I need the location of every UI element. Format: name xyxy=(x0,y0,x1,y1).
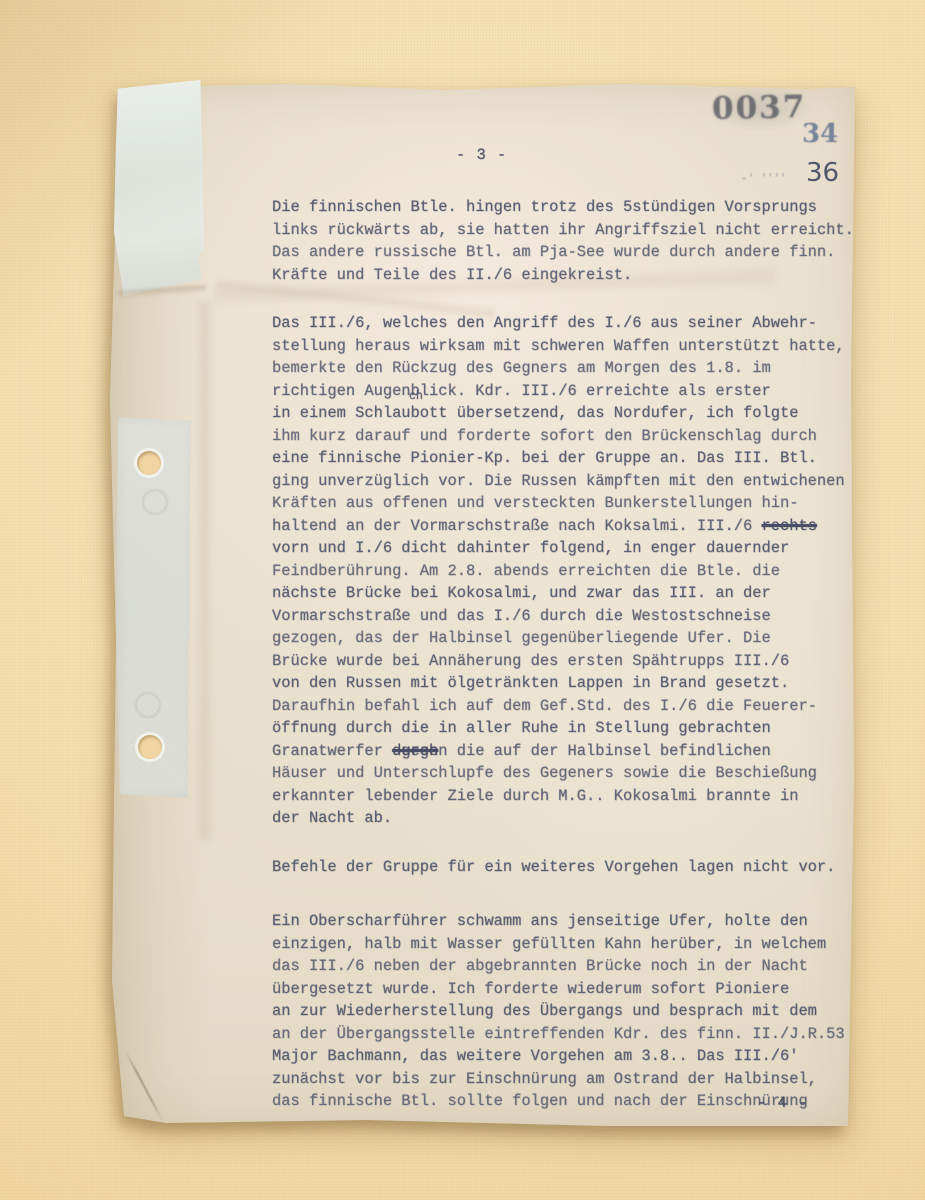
text-line: ihm kurz darauf und forderte sofort den … xyxy=(272,425,872,448)
text-line: Feindberührung. Am 2.8. abends erreichte… xyxy=(272,560,872,583)
punch-hole xyxy=(137,451,161,475)
text-line: Major Bachmann, das weitere Vorgehen am … xyxy=(272,1045,872,1068)
text-line: Häuser und Unterschlupfe des Gegeners so… xyxy=(272,762,872,785)
text-line: übergesetzt wurde. Ich forderte wiederum… xyxy=(272,978,872,1001)
text-line: nächste Brücke bei Kokosalmi, und zwar d… xyxy=(272,582,872,605)
text-line: Vormarschstraße und das I./6 durch die W… xyxy=(272,605,872,628)
text-line: Daraufhin befahl ich auf dem Gef.Std. de… xyxy=(272,695,872,718)
text-line: zunächst vor bis zur Einschnürung am Ost… xyxy=(272,1068,872,1091)
text-line: Befehle der Gruppe für ein weiteres Vorg… xyxy=(272,856,872,879)
text-line: erkannter lebender Ziele durch M.G.. Kok… xyxy=(272,785,872,808)
text-line: an zur Wiederherstellung des Übergangs u… xyxy=(272,1000,872,1023)
text-line: haltend an der Vormarschstraße nach Koks… xyxy=(272,515,872,538)
text-line: Das III./6, welches den Angriff des I./6… xyxy=(272,312,872,335)
paper-crease xyxy=(195,300,215,840)
catchword-next-page-number: - 4 - xyxy=(757,1094,808,1112)
text-line: ging unverzüglich vor. Die Russen kämpft… xyxy=(272,470,872,493)
text-line: das III./6 neben der abgebrannten Brücke… xyxy=(272,955,872,978)
serial-number-stamp: 0037 xyxy=(712,89,807,127)
text-line: Die finnischen Btle. hingen trotz des 5s… xyxy=(272,196,872,219)
page-number: - 3 - xyxy=(456,146,507,164)
tape-strip xyxy=(112,80,208,296)
text-line: einzigen, halb mit Wasser gefüllten Kahn… xyxy=(272,933,872,956)
text-line: links rückwärts ab, sie hatten ihr Angri… xyxy=(272,219,872,242)
archive-number-stamp-blue: 34 xyxy=(802,119,838,149)
scanned-document: 0037 34 36 -' '''' - 3 - Die finnischen … xyxy=(0,0,925,1200)
text-line: von den Russen mit ölgetränkten Lappen i… xyxy=(272,672,872,695)
text-line: öffnung durch die in aller Ruhe in Stell… xyxy=(272,717,872,740)
punch-hole xyxy=(138,735,162,759)
text-line: Ein Oberscharführer schwamm ans jenseiti… xyxy=(272,910,872,933)
text-line: Kräften aus offenen und versteckten Bunk… xyxy=(272,492,872,515)
paragraph-2: Das III./6, welches den Angriff des I./6… xyxy=(272,312,872,830)
paragraph-4: Ein Oberscharführer schwamm ans jenseiti… xyxy=(272,910,872,1113)
text-line: eine finnische Pionier-Kp. bei der Grupp… xyxy=(272,447,872,470)
faint-stamp-marks: -' '''' xyxy=(742,171,788,185)
embossed-ring xyxy=(135,692,161,718)
text-line: vorn und I./6 dicht dahinter folgend, in… xyxy=(272,537,872,560)
typed-correction-ch: ch xyxy=(409,391,423,403)
text-line: bemerkte den Rückzug des Gegners am Morg… xyxy=(272,357,872,380)
embossed-ring xyxy=(142,489,168,515)
text-line: der Nacht ab. xyxy=(272,807,872,830)
text-line: in einem Schlaubott übersetzend, das Nor… xyxy=(272,402,872,425)
text-line: Das andere russische Btl. am Pja-See wur… xyxy=(272,241,872,264)
text-line: Granatwerfer durch gegen die auf der Hal… xyxy=(272,740,872,763)
text-line: stellung heraus wirksam mit schweren Waf… xyxy=(272,335,872,358)
text-line: Brücke wurde bei Annäherung des ersten S… xyxy=(272,650,872,673)
text-line: Kräfte und Teile des II./6 eingekreist. xyxy=(272,264,872,287)
paragraph-1: Die finnischen Btle. hingen trotz des 5s… xyxy=(272,196,872,286)
paragraph-3: Befehle der Gruppe für ein weiteres Vorg… xyxy=(272,856,872,879)
text-line: an der Übergangsstelle eintreffenden Kdr… xyxy=(272,1023,872,1046)
archive-number-stamp-dark: 36 xyxy=(806,158,839,188)
text-line: richtigen Augenblick. Kdr. III./6 erreic… xyxy=(272,380,872,403)
text-line: gezogen, das der Halbinsel gegenüberlieg… xyxy=(272,627,872,650)
